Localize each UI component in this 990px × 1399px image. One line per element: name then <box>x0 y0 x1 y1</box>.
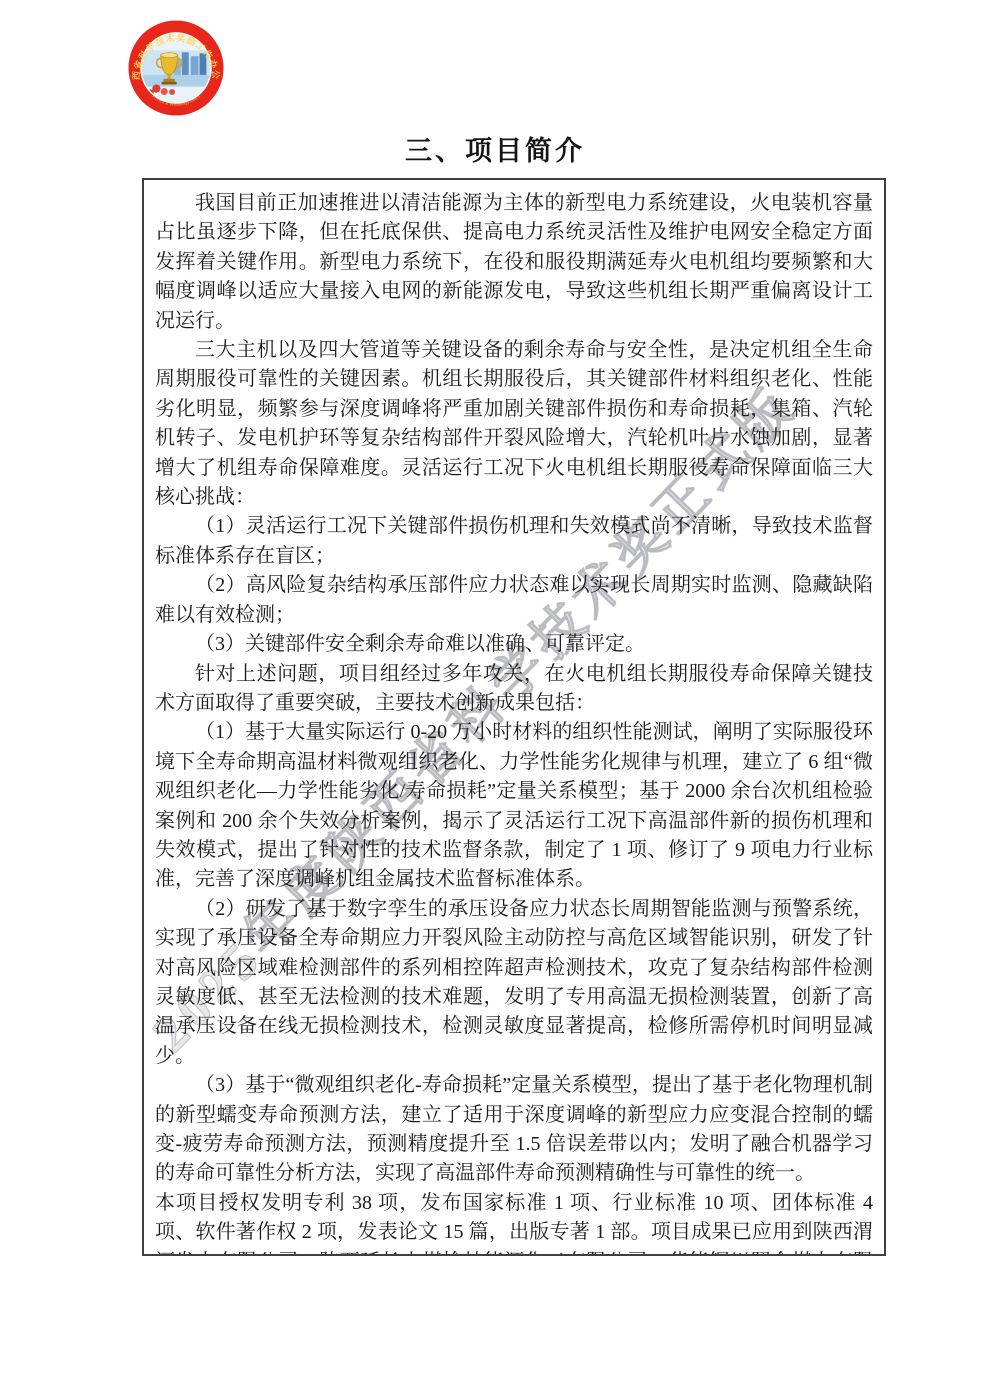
paragraph: 本项目授权发明专利 38 项，发布国家标准 1 项、行业标准 10 项、团体标准… <box>155 1189 873 1256</box>
paragraph: 我国目前正加速推进以清洁能源为主体的新型电力系统建设，火电装机容量占比虽逐步下降… <box>155 189 873 336</box>
paragraph: （3）关键部件安全剩余寿命难以准确、可靠评定。 <box>155 630 873 659</box>
paragraph: （2）高风险复杂结构承压部件应力状态难以实现长周期实时监测、隐藏缺陷难以有效检测… <box>155 571 873 630</box>
paragraph: （3）基于“微观组织老化-寿命损耗”定量关系模型，提出了基于老化物理机制的新型蠕… <box>155 1071 873 1189</box>
paragraph: （1）灵活运行工况下关键部件损伤机理和失效模式尚不清晰，导致技术监督标准体系存在… <box>155 512 873 571</box>
org-seal-graphic: 陕西省科学技术奖励工作办公室 · Science & Technology Aw… <box>127 19 225 117</box>
page-title: 三、项目简介 <box>0 129 990 168</box>
paragraph: （1）基于大量实际运行 0-20 万小时材料的组织性能测试，阐明了实际服役环境下… <box>155 718 873 894</box>
project-summary-box: 我国目前正加速推进以清洁能源为主体的新型电力系统建设，火电装机容量占比虽逐步下降… <box>142 178 886 1256</box>
org-seal: 陕西省科学技术奖励工作办公室 · Science & Technology Aw… <box>127 19 225 117</box>
paragraph: （2）研发了基于数字孪生的承压设备应力状态长周期智能监测与预警系统，实现了承压设… <box>155 895 873 1071</box>
paragraph: 针对上述问题，项目组经过多年攻关，在火电机组长期服役寿命保障关键技术方面取得了重… <box>155 660 873 719</box>
paragraph: 三大主机以及四大管道等关键设备的剩余寿命与安全性，是决定机组全生命周期服役可靠性… <box>155 336 873 512</box>
